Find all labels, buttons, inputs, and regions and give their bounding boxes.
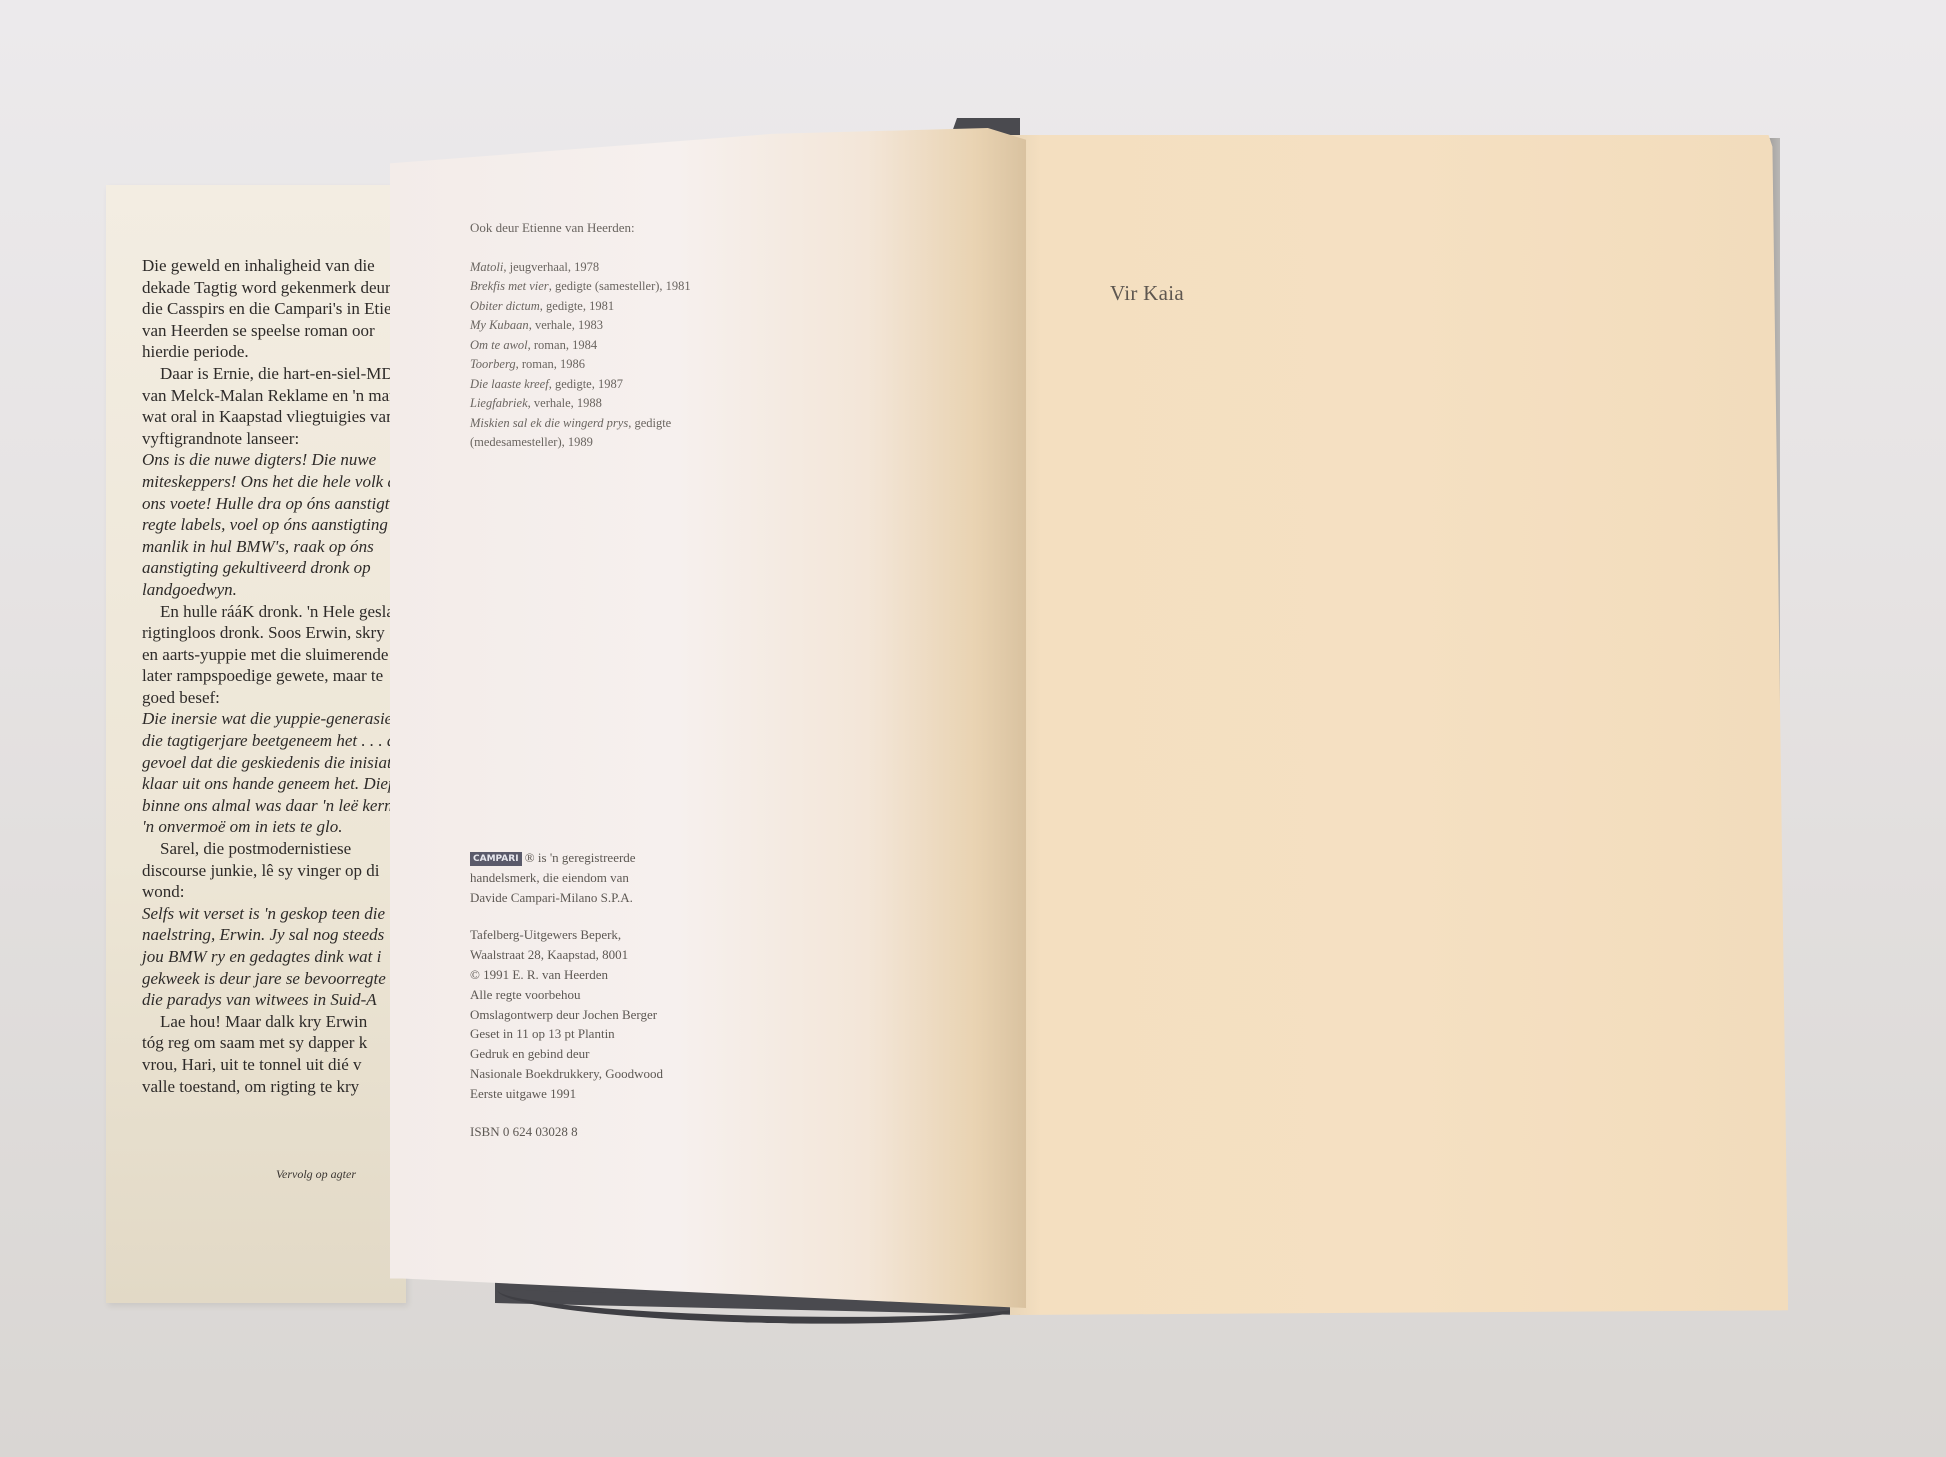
campari-logo: CAMPARI bbox=[470, 852, 522, 866]
dust-jacket-flap: Die geweld en inhaligheid van diedekade … bbox=[106, 185, 406, 1303]
work-details: (medesamesteller), 1989 bbox=[470, 435, 593, 449]
flap-line: die tagtigerjare beetgeneem het . . . di bbox=[142, 730, 393, 752]
flap-line: aanstigting gekultiveerd dronk op bbox=[142, 557, 393, 579]
work-item: My Kubaan, verhale, 1983 bbox=[470, 316, 910, 336]
flap-line: die Casspirs en die Campari's in Etien bbox=[142, 298, 393, 320]
imprint-line: Alle regte voorbehou bbox=[470, 985, 770, 1005]
flap-line: vyftigrandnote lanseer: bbox=[142, 428, 393, 450]
flap-line: naelstring, Erwin. Jy sal nog steeds bbox=[142, 924, 393, 946]
flap-line: vrou, Hari, uit te tonnel uit dié v bbox=[142, 1054, 393, 1076]
flap-line: klaar uit ons hande geneem het. Diep bbox=[142, 773, 393, 795]
work-title: Om te awol bbox=[470, 338, 528, 352]
title-verso-page: Ook deur Etienne van Heerden: Matoli, je… bbox=[390, 128, 1026, 1308]
trademark-line-2: handelsmerk, die eiendom van bbox=[470, 868, 770, 888]
flap-line: wond: bbox=[142, 881, 393, 903]
flap-line: Ons is die nuwe digters! Die nuwe bbox=[142, 449, 393, 471]
flap-continued-note: Vervolg op agter bbox=[276, 1167, 356, 1182]
flap-line: discourse junkie, lê sy vinger op di bbox=[142, 860, 393, 882]
also-by-section: Ook deur Etienne van Heerden: Matoli, je… bbox=[470, 218, 910, 453]
work-details: , verhale, 1983 bbox=[529, 318, 603, 332]
work-item: Matoli, jeugverhaal, 1978 bbox=[470, 258, 910, 278]
flap-line: valle toestand, om rigting te kry bbox=[142, 1076, 393, 1098]
flap-line: 'n onvermoë om in iets te glo. bbox=[142, 816, 393, 838]
imprint-line: Waalstraat 28, Kaapstad, 8001 bbox=[470, 945, 770, 965]
flap-line: gevoel dat die geskiedenis die inisiatie bbox=[142, 752, 393, 774]
flap-line: binne ons almal was daar 'n leë kern bbox=[142, 795, 393, 817]
work-details: , roman, 1986 bbox=[516, 357, 585, 371]
flap-line: regte labels, voel op óns aanstigting bbox=[142, 514, 393, 536]
work-item: Liegfabriek, verhale, 1988 bbox=[470, 394, 910, 414]
publisher-details: Tafelberg-Uitgewers Beperk,Waalstraat 28… bbox=[470, 925, 770, 1103]
flap-line: Selfs wit verset is 'n geskop teen die bbox=[142, 903, 393, 925]
work-item: Brekfis met vier, gedigte (samesteller),… bbox=[470, 277, 910, 297]
work-item: Miskien sal ek die wingerd prys, gedigte bbox=[470, 414, 910, 434]
imprint-line: Omslagontwerp deur Jochen Berger bbox=[470, 1005, 770, 1025]
also-by-heading: Ook deur Etienne van Heerden: bbox=[470, 218, 910, 238]
work-details: , verhale, 1988 bbox=[528, 396, 602, 410]
trademark-line-3: Davide Campari-Milano S.P.A. bbox=[470, 888, 770, 908]
work-item: Die laaste kreef, gedigte, 1987 bbox=[470, 375, 910, 395]
work-item: Om te awol, roman, 1984 bbox=[470, 336, 910, 356]
flap-line: Die inersie wat die yuppie-generasie v bbox=[142, 708, 393, 730]
flap-line: en aarts-yuppie met die sluimerende bbox=[142, 644, 393, 666]
imprint-section: CAMPARI ® is 'n geregistreerde handelsme… bbox=[470, 848, 770, 1141]
imprint-line: Nasionale Boekdrukkery, Goodwood bbox=[470, 1064, 770, 1084]
imprint-line: Gedruk en gebind deur bbox=[470, 1044, 770, 1064]
flap-line: Sarel, die postmodernistiese bbox=[142, 838, 393, 860]
photo-open-book: Vir Kaia Die geweld en inhaligheid van d… bbox=[0, 0, 1946, 1457]
trademark-text: ® is 'n geregistreerde bbox=[525, 850, 636, 865]
work-title: Obiter dictum bbox=[470, 299, 540, 313]
work-title: My Kubaan bbox=[470, 318, 529, 332]
flap-line: Lae hou! Maar dalk kry Erwin bbox=[142, 1011, 393, 1033]
work-details: , jeugverhaal, 1978 bbox=[503, 260, 599, 274]
work-details: , roman, 1984 bbox=[528, 338, 597, 352]
flap-visible-area: Die geweld en inhaligheid van diedekade … bbox=[106, 185, 393, 1303]
flap-line: die paradys van witwees in Suid-A bbox=[142, 989, 393, 1011]
imprint-line: Geset in 11 op 13 pt Plantin bbox=[470, 1024, 770, 1044]
flap-line: jou BMW ry en gedagtes dink wat i bbox=[142, 946, 393, 968]
work-details: , gedigte bbox=[628, 416, 671, 430]
work-details: , gedigte, 1981 bbox=[540, 299, 614, 313]
imprint-line: © 1991 E. R. van Heerden bbox=[470, 965, 770, 985]
dedication-text: Vir Kaia bbox=[1110, 281, 1184, 306]
flap-line: later rampspoedige gewete, maar te bbox=[142, 665, 393, 687]
work-title: Matoli bbox=[470, 260, 503, 274]
work-item: Toorberg, roman, 1986 bbox=[470, 355, 910, 375]
work-title: Die laaste kreef bbox=[470, 377, 549, 391]
imprint-line: Eerste uitgawe 1991 bbox=[470, 1084, 770, 1104]
flap-line: van Heerden se speelse roman oor bbox=[142, 320, 393, 342]
work-details: , gedigte (samesteller), 1981 bbox=[549, 279, 691, 293]
flap-line: miteskeppers! Ons het die hele volk aan bbox=[142, 471, 393, 493]
imprint-line: Tafelberg-Uitgewers Beperk, bbox=[470, 925, 770, 945]
flap-line: van Melck-Malan Reklame en 'n man bbox=[142, 385, 393, 407]
work-title: Brekfis met vier bbox=[470, 279, 549, 293]
flap-line: manlik in hul BMW's, raak op óns bbox=[142, 536, 393, 558]
flap-line: Die geweld en inhaligheid van die bbox=[142, 255, 393, 277]
flap-line: hierdie periode. bbox=[142, 341, 393, 363]
flap-line: goed besef: bbox=[142, 687, 393, 709]
trademark-line-1: CAMPARI ® is 'n geregistreerde bbox=[470, 848, 770, 868]
work-item: Obiter dictum, gedigte, 1981 bbox=[470, 297, 910, 317]
flap-line: ons voete! Hulle dra op óns aanstigting bbox=[142, 493, 393, 515]
flap-line: Daar is Ernie, die hart-en-siel-MD bbox=[142, 363, 393, 385]
flap-line: landgoedwyn. bbox=[142, 579, 393, 601]
work-title: Toorberg bbox=[470, 357, 516, 371]
works-list: Matoli, jeugverhaal, 1978Brekfis met vie… bbox=[470, 258, 910, 453]
work-title: Liegfabriek bbox=[470, 396, 528, 410]
flap-line: En hulle rááK dronk. 'n Hele gesla bbox=[142, 601, 393, 623]
work-title: Miskien sal ek die wingerd prys bbox=[470, 416, 628, 430]
dedication-page: Vir Kaia bbox=[1010, 135, 1788, 1315]
work-item: (medesamesteller), 1989 bbox=[470, 433, 910, 453]
work-details: , gedigte, 1987 bbox=[549, 377, 623, 391]
flap-blurb: Die geweld en inhaligheid van diedekade … bbox=[142, 255, 393, 1097]
flap-line: tóg reg om saam met sy dapper k bbox=[142, 1032, 393, 1054]
isbn: ISBN 0 624 03028 8 bbox=[470, 1122, 770, 1142]
flap-line: dekade Tagtig word gekenmerk deur bbox=[142, 277, 393, 299]
flap-line: rigtingloos dronk. Soos Erwin, skry bbox=[142, 622, 393, 644]
flap-line: gekweek is deur jare se bevoorregte l bbox=[142, 968, 393, 990]
flap-line: wat oral in Kaapstad vliegtuigies van bbox=[142, 406, 393, 428]
